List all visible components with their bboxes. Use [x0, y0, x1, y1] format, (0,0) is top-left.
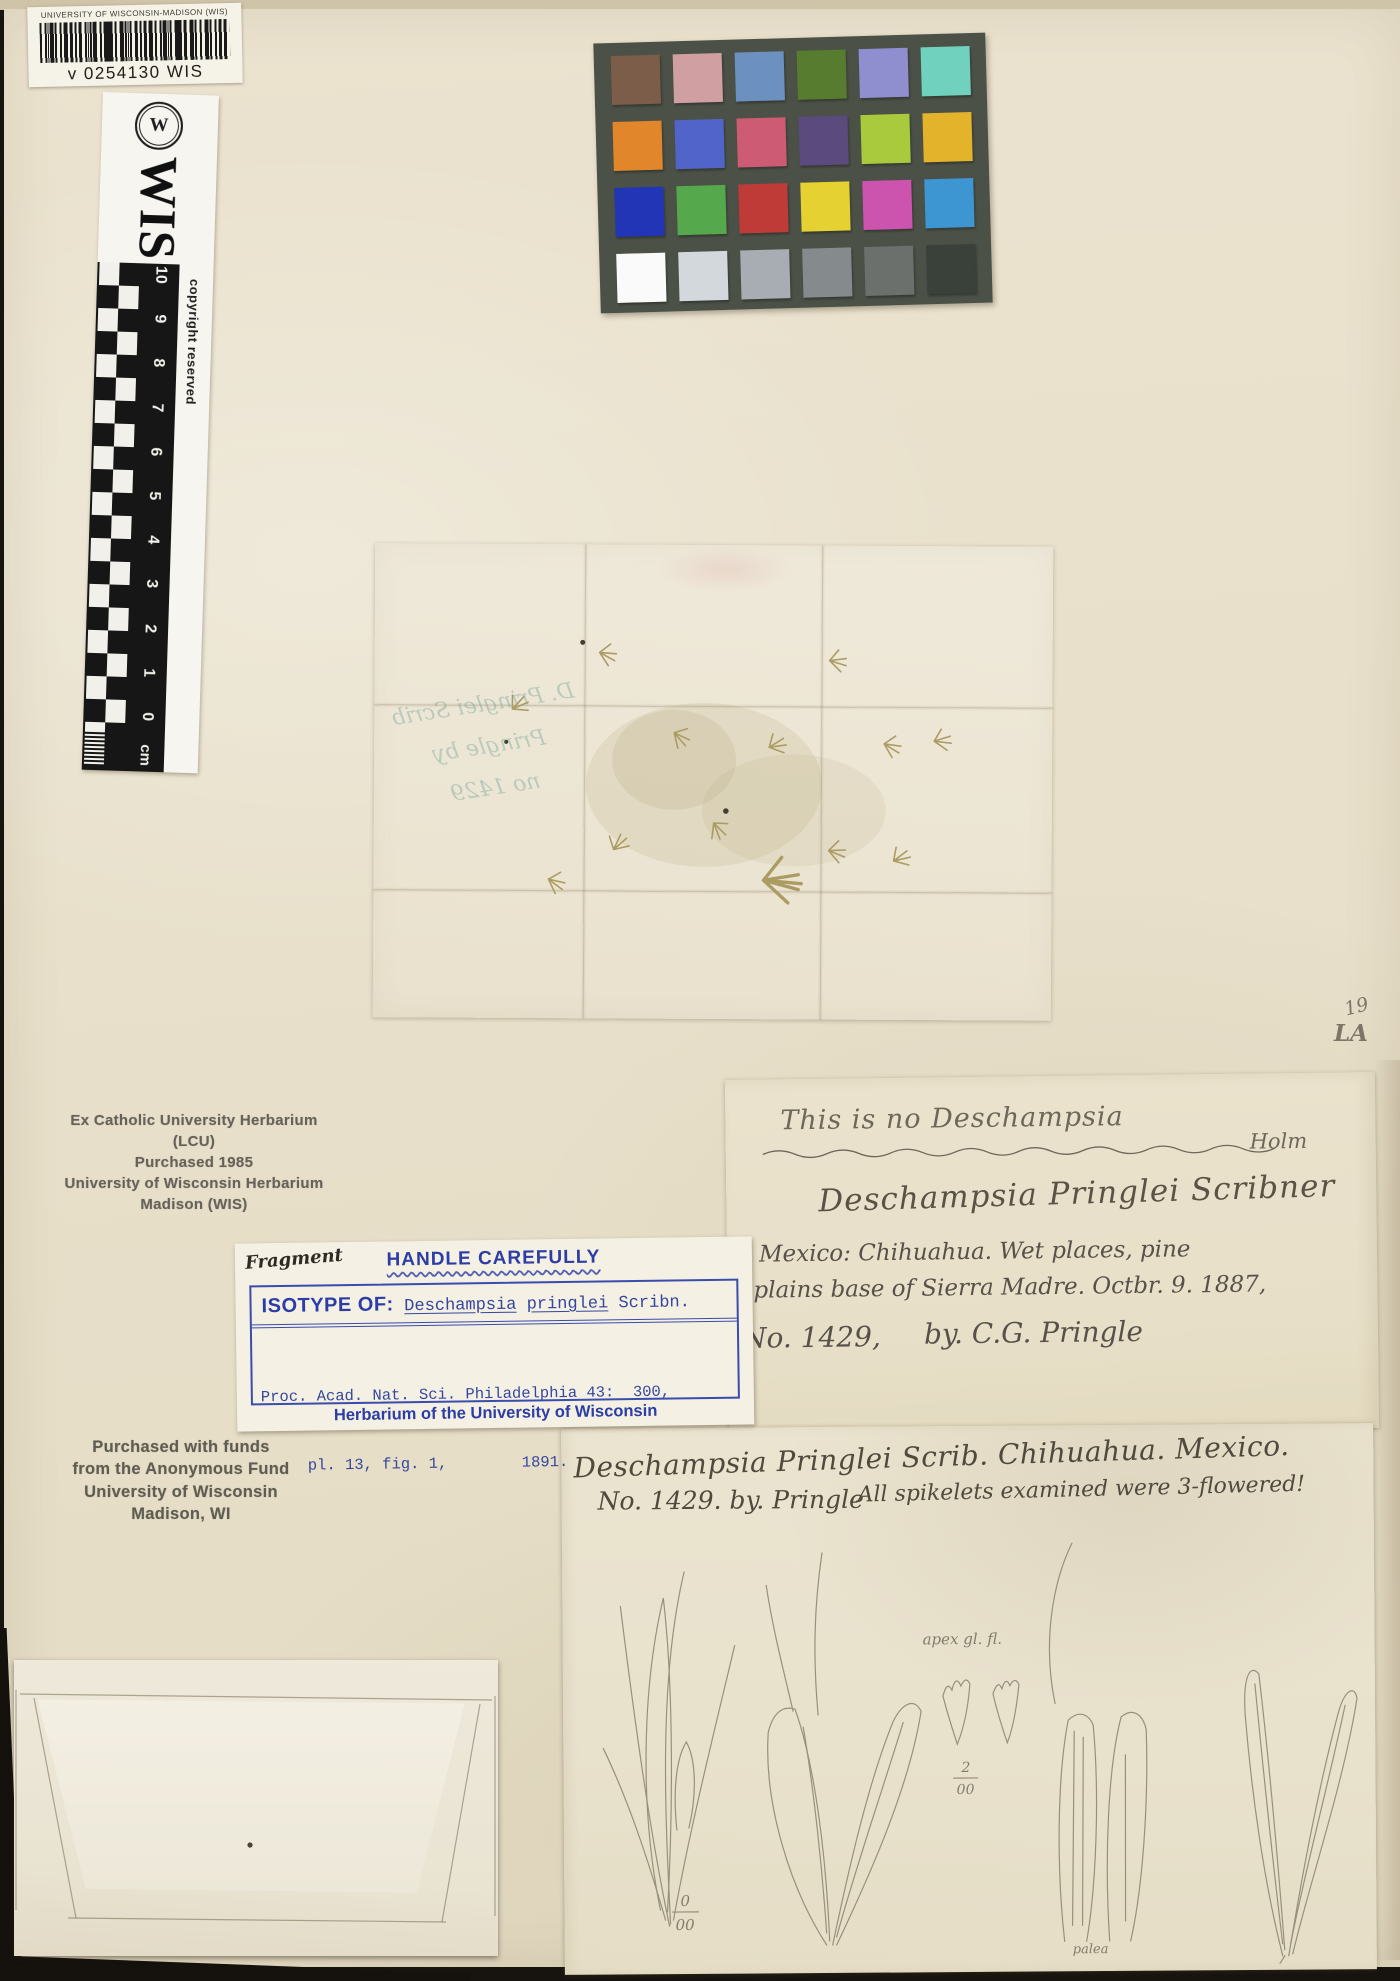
ruler-logo-panel: W WIS — [98, 92, 219, 266]
palea-annotation: palea — [1073, 1942, 1109, 1957]
color-patch — [802, 247, 852, 297]
barcode-label: UNIVERSITY OF WISCONSIN-MADISON (WIS) v … — [27, 3, 243, 87]
collector-name: by. C.G. Pringle — [924, 1315, 1143, 1351]
holm-annotation: This is no Deschampsia — [780, 1101, 1124, 1136]
color-patch — [614, 187, 664, 237]
sheet-right-shadow — [1374, 1060, 1400, 1960]
ruler-tick-label: 8 — [148, 358, 166, 367]
color-patch — [674, 119, 724, 169]
ruler-tick-label: 9 — [150, 314, 168, 323]
species-title-handwritten: Deschampsia Pringlei Scribner — [818, 1168, 1336, 1219]
barcode-institution: UNIVERSITY OF WISCONSIN-MADISON (WIS) — [27, 7, 241, 20]
barcode-number: v 0254130 WIS — [28, 61, 242, 85]
color-patch — [798, 115, 848, 165]
ruler-tick-label: 3 — [141, 579, 159, 588]
color-patch — [926, 244, 976, 294]
ruler-mm-ticks — [84, 734, 105, 765]
seed-fragments-illustration — [493, 614, 955, 936]
isotype-prefix: ISOTYPE OF: — [261, 1293, 393, 1317]
isotype-row: ISOTYPE OF: Deschampsia pringlei Scribn. — [251, 1281, 736, 1326]
color-patch — [797, 49, 847, 99]
isotype-label: Fragment HANDLE CAREFULLY ISOTYPE OF: De… — [235, 1236, 755, 1431]
locality-line: Mexico: Chihuahua. Wet places, pine — [759, 1236, 1191, 1267]
ruler-scale-bar: 109876543210 cm — [82, 262, 180, 772]
color-calibration-card — [593, 33, 992, 314]
scale-ruler: W WIS 109876543210 cm copyright reserved — [82, 92, 219, 773]
pencil-margin-note: 19 LA — [1330, 992, 1400, 1047]
author-abbrev: Scribn. — [618, 1293, 690, 1313]
fraction-numerator: 0 — [680, 1892, 690, 1910]
color-patch — [921, 46, 971, 96]
color-patch — [924, 178, 974, 228]
lcu-provenance-stamp: Ex Catholic University Herbarium (LCU) P… — [48, 1110, 340, 1215]
ruler-tick-label: 7 — [147, 403, 165, 412]
ruler-unit-label: cm — [136, 744, 154, 766]
type-label-box: ISOTYPE OF: Deschampsia pringlei Scribn.… — [249, 1279, 740, 1406]
ruler-tick-label: 10 — [151, 266, 170, 284]
wis-logo-text: WIS — [126, 155, 188, 261]
citation-line: pl. 13, fig. 1, 1891. — [308, 1449, 731, 1478]
ruler-tick-label: 2 — [140, 623, 158, 632]
color-patch — [673, 53, 723, 103]
color-patch — [922, 112, 972, 162]
color-patch — [860, 114, 910, 164]
ruler-tick-label: 4 — [143, 535, 161, 544]
color-patch — [740, 249, 790, 299]
fraction-denominator: 00 — [957, 1782, 975, 1798]
university-crest-icon: W — [134, 101, 183, 150]
color-patch — [616, 253, 666, 303]
color-patch — [862, 180, 912, 230]
fraction-numerator: 2 — [960, 1760, 970, 1776]
color-patch — [611, 55, 661, 105]
ruler-tick-label: 5 — [144, 491, 162, 500]
pink-smudge — [655, 547, 795, 594]
barcode-icon — [40, 19, 231, 63]
color-patch — [613, 121, 663, 171]
determination-note-sheet: This is no Deschampsia Holm Deschampsia … — [725, 1072, 1379, 1436]
fraction-denominator: 00 — [676, 1916, 696, 1934]
holm-signature: Holm — [1249, 1129, 1307, 1154]
analysis-remark: All spikelets examined were 3-flowered! — [857, 1472, 1305, 1508]
fragment-envelope — [14, 1660, 498, 1956]
genus-name: Deschampsia — [404, 1296, 516, 1317]
color-patch — [736, 117, 786, 167]
locality-line: plains base of Sierra Madre. Octbr. 9. 1… — [753, 1271, 1266, 1303]
color-patch — [676, 185, 726, 235]
copyright-text: copyright reserved — [183, 279, 202, 405]
species-epithet: pringlei — [527, 1294, 609, 1314]
ruler-tick-label: 1 — [139, 668, 157, 677]
folded-specimen-packet: D. Pringlei Scrib Pringle by no 1429 — [373, 543, 1053, 1021]
envelope-fold-lines — [14, 1660, 498, 1956]
color-patch — [735, 51, 785, 101]
ruler-tick-label: 6 — [146, 447, 164, 456]
color-card-grid — [593, 33, 992, 314]
color-patch — [864, 246, 914, 296]
color-patch — [859, 48, 909, 98]
wavy-underline — [758, 1139, 1298, 1162]
spikelet-pencil-drawings: apex gl. fl. 2 00 palea 0 00 — [562, 1523, 1377, 1969]
apex-annotation: apex gl. fl. — [923, 1630, 1002, 1649]
color-patch — [738, 183, 788, 233]
color-patch — [678, 251, 728, 301]
color-patch — [800, 181, 850, 231]
collection-number: No. 1429, — [742, 1320, 881, 1355]
ruler-tick-label: 0 — [137, 712, 155, 721]
